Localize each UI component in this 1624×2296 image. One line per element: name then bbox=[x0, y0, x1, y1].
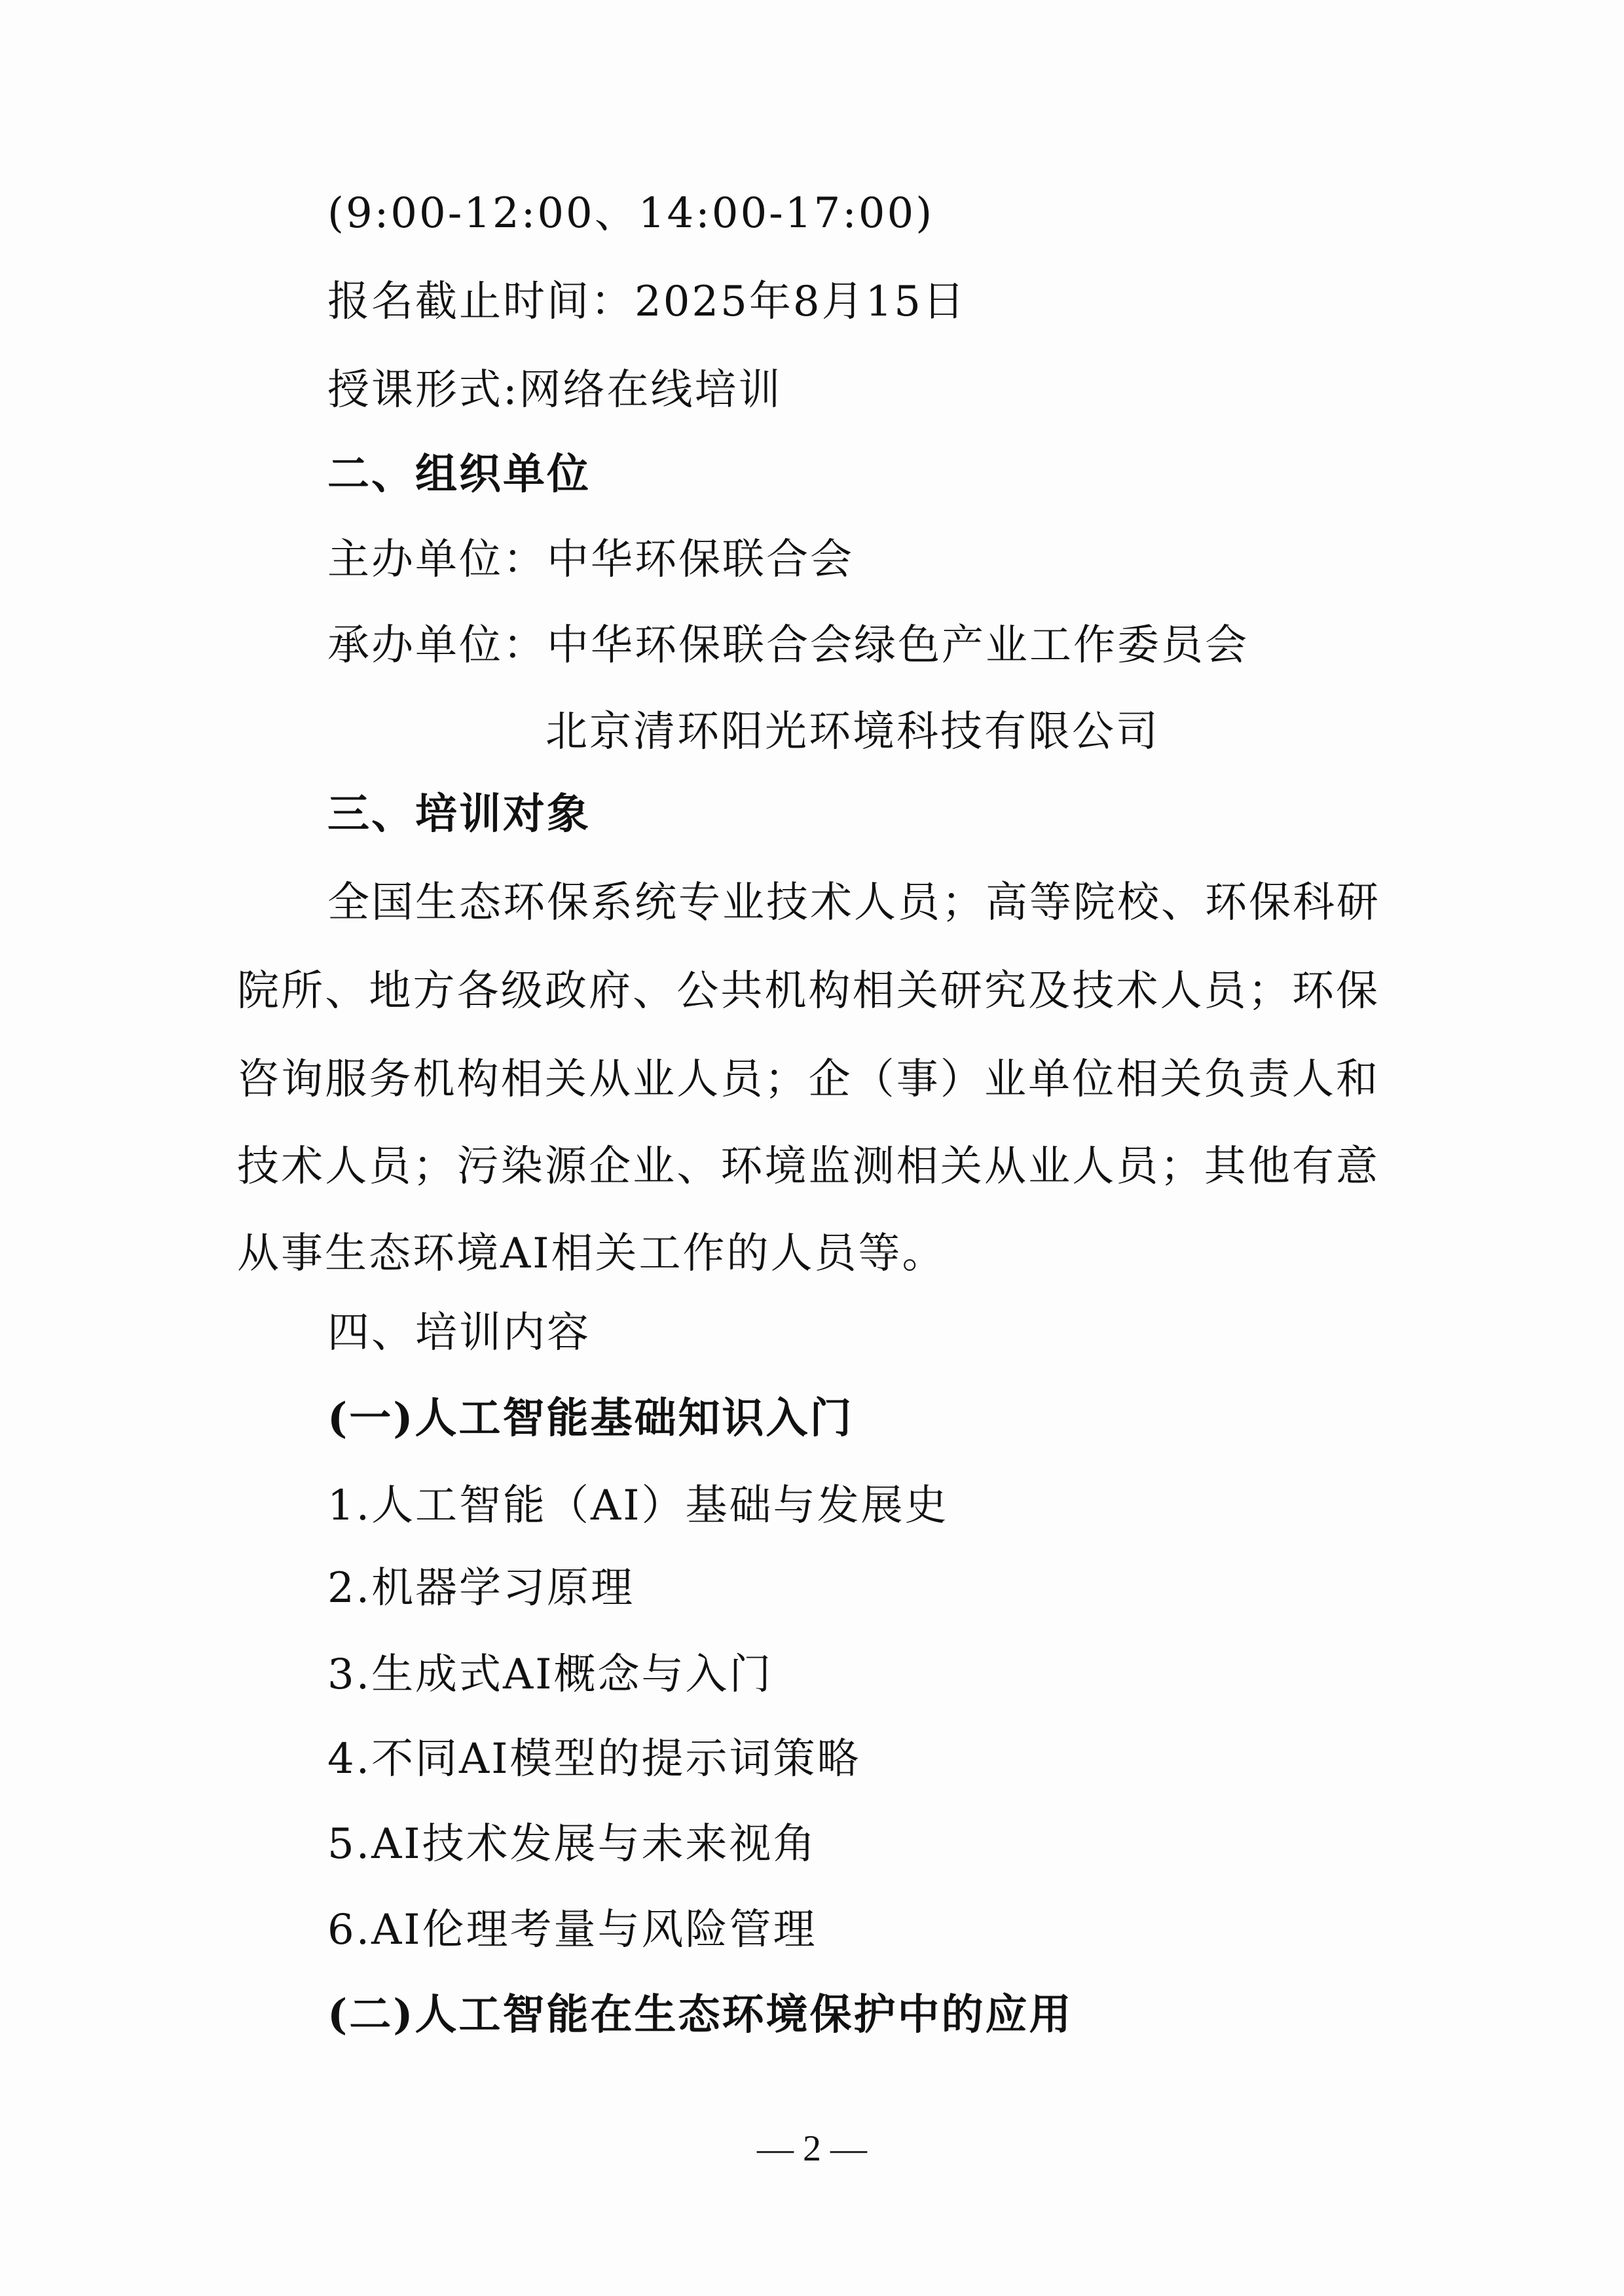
paragraph-line-2: 院所、地方各级政府、公共机构相关研究及技术人员；环保 bbox=[237, 965, 1380, 1017]
list-item: 1.人工智能（AI）基础与发展史 bbox=[327, 1480, 949, 1532]
paragraph-line-1: 全国生态环保系统专业技术人员；高等院校、环保科研 bbox=[327, 877, 1380, 929]
list-item: 5.AI技术发展与未来视角 bbox=[327, 1818, 817, 1870]
paragraph-line-3: 咨询服务机构相关从业人员；企（事）业单位相关负责人和 bbox=[237, 1053, 1380, 1106]
host-unit: 主办单位：中华环保联合会 bbox=[327, 534, 854, 586]
page-number: — 2 — bbox=[0, 2128, 1624, 2170]
section-4-title: 四、培训内容 bbox=[327, 1307, 591, 1359]
time-slots: (9:00-12:00、14:00-17:00) bbox=[327, 187, 934, 240]
registration-deadline: 报名截止时间：2025年8月15日 bbox=[327, 276, 967, 328]
paragraph-line-4: 技术人员；污染源企业、环境监测相关从业人员；其他有意 bbox=[237, 1140, 1380, 1193]
list-item: 6.AI伦理考量与风险管理 bbox=[327, 1904, 817, 1956]
section-3-title: 三、培训对象 bbox=[327, 788, 591, 841]
section-2-title: 二、组织单位 bbox=[327, 448, 591, 501]
list-item: 3.生成式AI概念与入门 bbox=[327, 1649, 773, 1701]
paragraph-line-5: 从事生态环境AI相关工作的人员等。 bbox=[237, 1228, 946, 1280]
subsection-2-title: (二)人工智能在生态环境保护中的应用 bbox=[327, 1989, 1073, 2041]
list-item: 2.机器学习原理 bbox=[327, 1562, 635, 1614]
organizer-unit: 承办单位：中华环保联合会绿色产业工作委员会 bbox=[327, 619, 1249, 672]
course-format: 授课形式:网络在线培训 bbox=[327, 364, 783, 416]
document-page: (9:00-12:00、14:00-17:00) 报名截止时间：2025年8月1… bbox=[0, 0, 1624, 2296]
organizer-unit-2: 北京清环阳光环境科技有限公司 bbox=[545, 706, 1160, 758]
subsection-1-title: (一)人工智能基础知识入门 bbox=[327, 1393, 854, 1445]
list-item: 4.不同AI模型的提示词策略 bbox=[327, 1733, 861, 1785]
